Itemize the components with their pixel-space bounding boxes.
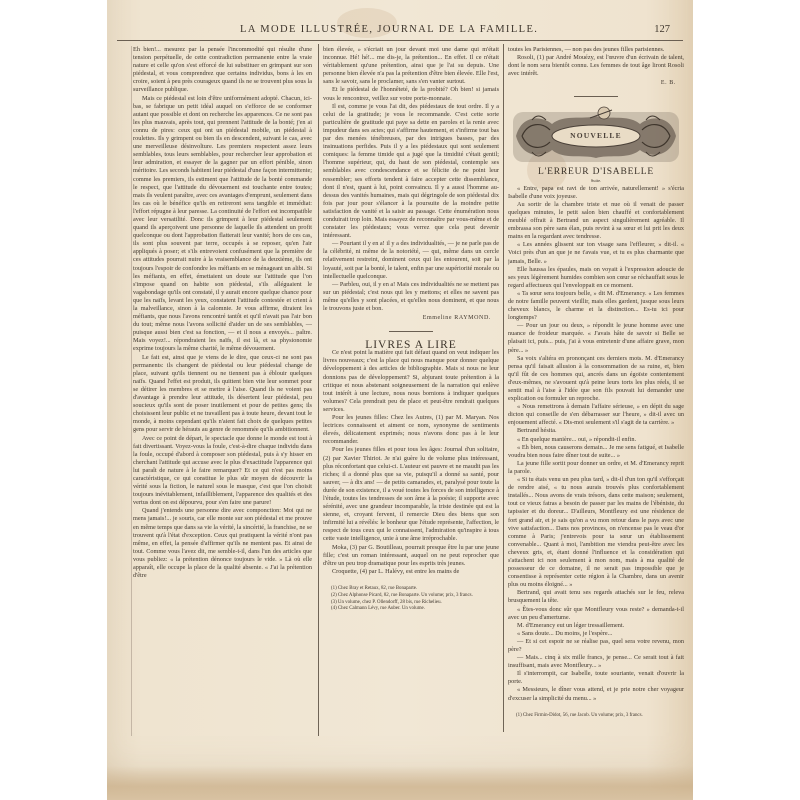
- paragraph: Bertrand, qui avait tenu ses regards att…: [508, 589, 684, 605]
- paragraph: — Mais... cinq à six mille francs, je pe…: [508, 654, 684, 670]
- paragraph: « Sans doute... Du moins, je l'espère...: [508, 630, 684, 638]
- paragraph: « Messieurs, le dîner vous attend, et je…: [508, 686, 684, 702]
- paragraph: — Et si cet espoir ne se réalise pas, qu…: [508, 638, 684, 654]
- nouvelle-vignette-ornament: NOUVELLE: [512, 106, 680, 164]
- paragraph: « Eh bien, nous causerons demain... Je m…: [508, 444, 684, 460]
- newspaper-page: LA MODE ILLUSTRÉE, JOURNAL DE LA FAMILLE…: [107, 0, 693, 800]
- vignette-label: NOUVELLE: [512, 132, 680, 140]
- paragraph: — Pourtant il y en a! il y a des individ…: [323, 240, 499, 280]
- paragraph: « Nous remettrons à demain l'affaire sér…: [508, 403, 684, 427]
- footnote: (1) Chez Bray et Retaux, 82, rue Bonapar…: [323, 586, 499, 593]
- paragraph: Il s'interrompit, car Isabelle, toute so…: [508, 670, 684, 686]
- paragraph: Pour les jeunes filles et pour tous les …: [323, 446, 499, 543]
- section-divider: [389, 331, 433, 332]
- column-essay-continued: Eh bien!... mesurez par la pensée l'inco…: [133, 46, 312, 736]
- paragraph: — Pour un jour ou deux, » répondit le je…: [508, 322, 684, 354]
- paragraph: Moka, (3) par G. Boutilleau, pourrait pr…: [323, 544, 499, 568]
- page-number: 127: [654, 24, 670, 35]
- author-signature: E. B.: [508, 79, 684, 87]
- column-divider-2: [503, 44, 504, 732]
- footnote: (2) Chez Alphonse Picard, 82, rue Bonapa…: [323, 593, 499, 600]
- section-title: LIVRES A LIRE: [323, 341, 499, 349]
- paragraph: Mais ce piédestal est loin d'être unifor…: [133, 95, 312, 354]
- novel-title: L'ERREUR D'ISABELLE: [508, 168, 684, 176]
- paragraph: Bertrand hésita.: [508, 427, 684, 435]
- paragraph: Ce n'est point la matière qui fait défau…: [323, 349, 499, 414]
- column-essay-and-books: bien élevée, » s'écriait un jour devant …: [323, 46, 499, 736]
- footnote: (1) Chez Firmin-Didot, 56, rue Jacob. Un…: [508, 713, 684, 720]
- page-header: LA MODE ILLUSTRÉE, JOURNAL DE LA FAMILLE…: [107, 24, 693, 38]
- footnotes: (1) Chez Bray et Retaux, 82, rue Bonapar…: [323, 586, 499, 613]
- paragraph: « Si tu étais venu un peu plus tard, » d…: [508, 476, 684, 589]
- paragraph: Eh bien!... mesurez par la pensée l'inco…: [133, 46, 312, 95]
- paragraph: « Êtes-vous donc sûr que Montfleury vous…: [508, 606, 684, 622]
- section-divider: [574, 96, 618, 97]
- paragraph: Elle haussa les épaules, mais on voyait …: [508, 266, 684, 290]
- paragraph: Sa voix s'altéra en prononçant ces derni…: [508, 355, 684, 404]
- paragraph: Et le piédestal de l'honnêteté, de la pr…: [323, 86, 499, 102]
- paragraph: toutes les Parisiennes, — non pas des je…: [508, 46, 684, 54]
- paragraph: Le fait est, ainsi que je viens de le di…: [133, 354, 312, 435]
- footnote: (4) Chez Calmann Lévy, rue Auber. Un vol…: [323, 606, 499, 613]
- author-signature: Emmeline RAYMOND.: [323, 314, 499, 322]
- paragraph: Rosoli, (1) par André Mouézy, est l'œuvr…: [508, 54, 684, 78]
- left-margin-line: [131, 46, 132, 736]
- paragraph: Avec ce point de départ, le spectacle qu…: [133, 435, 312, 508]
- paragraph: « Entre, papa est ravi de ton arrivée, n…: [508, 185, 684, 201]
- paragraph: Quand j'entends une personne dire avec c…: [133, 507, 312, 580]
- novel-subtitle: Suite.: [508, 177, 684, 185]
- paragraph: — Parbleu, oui, il y en a! Mais ces indi…: [323, 281, 499, 313]
- column-novel: toutes les Parisiennes, — non pas des je…: [508, 46, 684, 736]
- paragraph: « Ta sœur sera toujours belle, » dit M. …: [508, 290, 684, 322]
- paragraph: « Les années glissent sur ton visage san…: [508, 241, 684, 265]
- header-rule: [117, 40, 683, 41]
- paragraph: Croquette, (4) par L. Halévy, est entre …: [323, 568, 499, 576]
- paragraph: La jeune fille sortit pour donner un ord…: [508, 460, 684, 476]
- paragraph: Il est, comme je vous l'ai dit, des piéd…: [323, 103, 499, 241]
- paragraph: « En quelque manière... oui, » répondit-…: [508, 436, 684, 444]
- paragraph: Pour les jeunes filles: Chez les Autres,…: [323, 414, 499, 446]
- footnote: (3) Un volume, chez P. Ollendorff, 28 bi…: [323, 600, 499, 607]
- paragraph: Au sortir de la chambre triste et nue où…: [508, 201, 684, 241]
- journal-title: LA MODE ILLUSTRÉE, JOURNAL DE LA FAMILLE…: [240, 24, 538, 35]
- column-divider-1: [318, 44, 319, 736]
- paragraph: bien élevée, » s'écriait un jour devant …: [323, 46, 499, 86]
- paragraph: M. d'Emerancy eut un léger tressaillemen…: [508, 622, 684, 630]
- footnotes: (1) Chez Firmin-Didot, 56, rue Jacob. Un…: [508, 713, 684, 720]
